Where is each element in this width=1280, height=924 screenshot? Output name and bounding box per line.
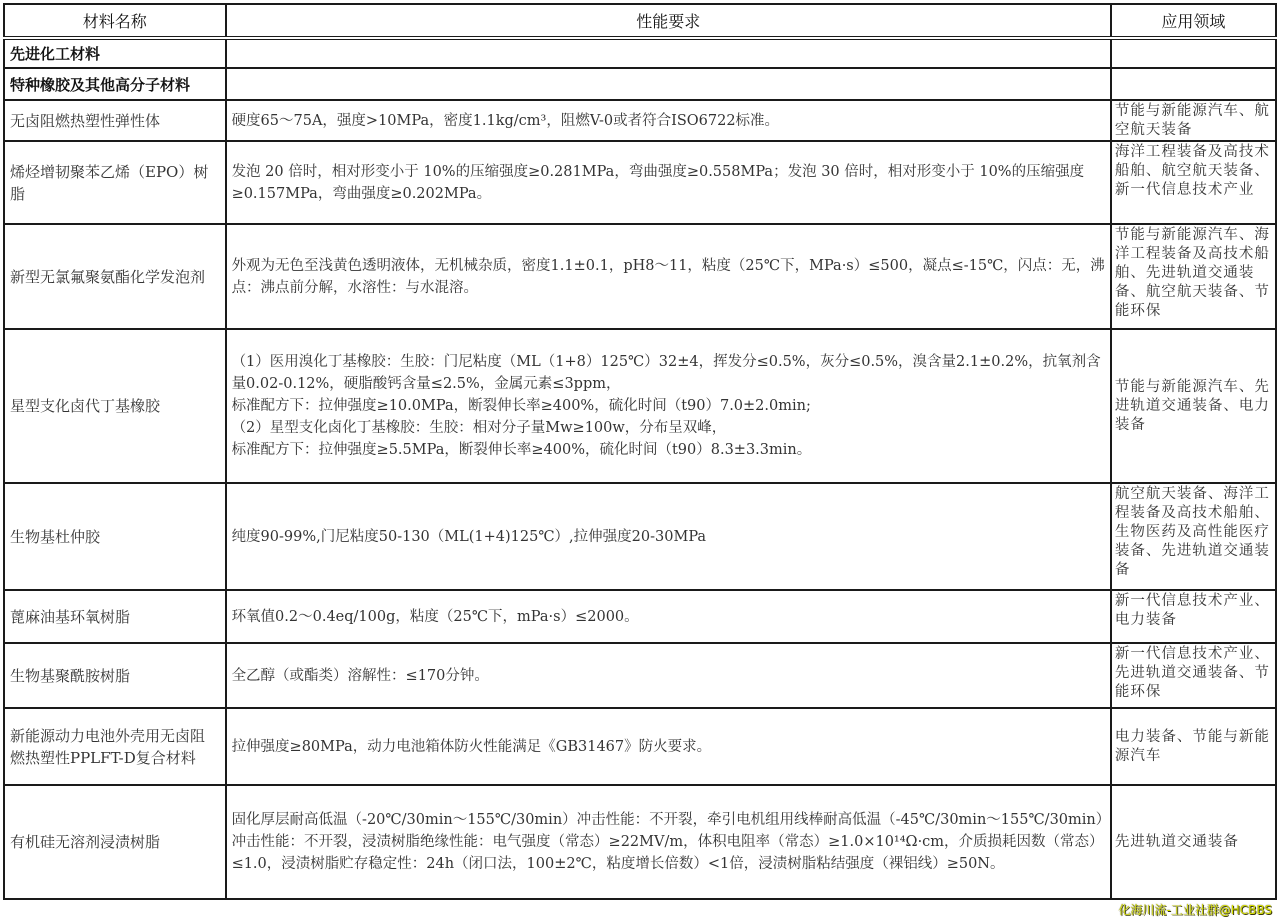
material-name: 生物基杜仲胶 xyxy=(4,483,226,590)
category-row: 先进化工材料 xyxy=(4,38,1276,68)
requirement-text: 外观为无色至浅黄色透明液体，无机械杂质，密度1.1±0.1，pH8～11，粘度（… xyxy=(232,255,1105,299)
application-cell: 节能与新能源汽车、海洋工程装备及高技术船舶、先进轨道交通装备、航空航天装备、节能… xyxy=(1111,224,1276,329)
header-requirements: 性能要求 xyxy=(226,4,1111,38)
requirements-cell: 纯度90-99%,门尼粘度50-130（ML(1+4)125℃）,拉伸强度20-… xyxy=(226,483,1111,590)
requirement-text: 固化厚层耐高低温（-20℃/30min～155℃/30min）冲击性能：不开裂，… xyxy=(232,809,1105,875)
subcategory-row: 特种橡胶及其他高分子材料 xyxy=(4,68,1276,100)
table-row: 蓖麻油基环氧树脂 环氧值0.2～0.4eq/100g，粘度（25℃下，mPa·s… xyxy=(4,590,1276,643)
table-row: 星型支化卤代丁基橡胶 （1）医用溴化丁基橡胶：生胶：门尼粘度（ML（1+8）12… xyxy=(4,329,1276,483)
material-name: 烯烃增韧聚苯乙烯（EPO）树脂 xyxy=(4,141,226,224)
subcategory-label: 特种橡胶及其他高分子材料 xyxy=(4,68,226,100)
table-row: 烯烃增韧聚苯乙烯（EPO）树脂 发泡 20 倍时，相对形变小于 10%的压缩强度… xyxy=(4,141,1276,224)
material-name: 星型支化卤代丁基橡胶 xyxy=(4,329,226,483)
requirements-cell: 硬度65～75A，强度>10MPa，密度1.1kg/cm³，阻燃V-0或者符合I… xyxy=(226,100,1111,141)
application-cell: 新一代信息技术产业、先进轨道交通装备、节能环保 xyxy=(1111,643,1276,708)
requirement-text: 全乙醇（或酯类）溶解性：≤170分钟。 xyxy=(232,665,1105,687)
material-name: 无卤阻燃热塑性弹性体 xyxy=(4,100,226,141)
requirements-cell: 固化厚层耐高低温（-20℃/30min～155℃/30min）冲击性能：不开裂，… xyxy=(226,785,1111,899)
requirements-cell: 发泡 20 倍时，相对形变小于 10%的压缩强度≥0.281MPa，弯曲强度≥0… xyxy=(226,141,1111,224)
header-application: 应用领域 xyxy=(1111,4,1276,38)
requirements-cell: （1）医用溴化丁基橡胶：生胶：门尼粘度（ML（1+8）125℃）32±4，挥发分… xyxy=(226,329,1111,483)
requirement-text: 硬度65～75A，强度>10MPa，密度1.1kg/cm³，阻燃V-0或者符合I… xyxy=(232,110,1105,132)
requirement-text: 环氧值0.2～0.4eq/100g，粘度（25℃下，mPa·s）≤2000。 xyxy=(232,606,1105,628)
watermark: 化海川流-工业社群@HCBBS xyxy=(1118,901,1272,918)
material-name: 有机硅无溶剂浸渍树脂 xyxy=(4,785,226,899)
table-row: 新型无氯氟聚氨酯化学发泡剂 外观为无色至浅黄色透明液体，无机械杂质，密度1.1±… xyxy=(4,224,1276,329)
application-cell: 节能与新能源汽车、先进轨道交通装备、电力装备 xyxy=(1111,329,1276,483)
requirement-text: 拉伸强度≥80MPa，动力电池箱体防火性能满足《GB31467》防火要求。 xyxy=(232,736,1105,758)
category-label: 先进化工材料 xyxy=(4,38,226,68)
requirements-cell: 拉伸强度≥80MPa，动力电池箱体防火性能满足《GB31467》防火要求。 xyxy=(226,708,1111,785)
requirements-cell: 外观为无色至浅黄色透明液体，无机械杂质，密度1.1±0.1，pH8～11，粘度（… xyxy=(226,224,1111,329)
material-name: 蓖麻油基环氧树脂 xyxy=(4,590,226,643)
material-name: 生物基聚酰胺树脂 xyxy=(4,643,226,708)
application-cell: 新一代信息技术产业、电力装备 xyxy=(1111,590,1276,643)
material-name: 新能源动力电池外壳用无卤阻燃热塑性PPLFT-D复合材料 xyxy=(4,708,226,785)
material-name: 新型无氯氟聚氨酯化学发泡剂 xyxy=(4,224,226,329)
application-cell: 节能与新能源汽车、航空航天装备 xyxy=(1111,100,1276,141)
requirement-text: 标准配方下：拉伸强度≥10.0MPa，断裂伸长率≥400%，硫化时间（t90）7… xyxy=(232,395,1105,417)
requirement-text: （1）医用溴化丁基橡胶：生胶：门尼粘度（ML（1+8）125℃）32±4，挥发分… xyxy=(232,351,1105,395)
materials-table: 材料名称 性能要求 应用领域 先进化工材料 特种橡胶及其他高分子材料 无卤阻燃热… xyxy=(3,3,1277,900)
requirement-text: （2）星型支化卤化丁基橡胶：生胶：相对分子量Mw≥100w，分布呈双峰， xyxy=(232,417,1105,439)
requirement-text: 纯度90-99%,门尼粘度50-130（ML(1+4)125℃）,拉伸强度20-… xyxy=(232,526,1105,548)
table-row: 生物基杜仲胶 纯度90-99%,门尼粘度50-130（ML(1+4)125℃）,… xyxy=(4,483,1276,590)
table-row: 有机硅无溶剂浸渍树脂 固化厚层耐高低温（-20℃/30min～155℃/30mi… xyxy=(4,785,1276,899)
requirements-cell: 全乙醇（或酯类）溶解性：≤170分钟。 xyxy=(226,643,1111,708)
table-row: 无卤阻燃热塑性弹性体 硬度65～75A，强度>10MPa，密度1.1kg/cm³… xyxy=(4,100,1276,141)
application-cell: 先进轨道交通装备 xyxy=(1111,785,1276,899)
application-cell: 航空航天装备、海洋工程装备及高技术船舶、生物医药及高性能医疗装备、先进轨道交通装… xyxy=(1111,483,1276,590)
application-cell: 电力装备、节能与新能源汽车 xyxy=(1111,708,1276,785)
header-material-name: 材料名称 xyxy=(4,4,226,38)
requirements-cell: 环氧值0.2～0.4eq/100g，粘度（25℃下，mPa·s）≤2000。 xyxy=(226,590,1111,643)
table-row: 新能源动力电池外壳用无卤阻燃热塑性PPLFT-D复合材料 拉伸强度≥80MPa，… xyxy=(4,708,1276,785)
table-row: 生物基聚酰胺树脂 全乙醇（或酯类）溶解性：≤170分钟。 新一代信息技术产业、先… xyxy=(4,643,1276,708)
application-cell: 海洋工程装备及高技术船舶、航空航天装备、新一代信息技术产业 xyxy=(1111,141,1276,224)
table-header-row: 材料名称 性能要求 应用领域 xyxy=(4,4,1276,38)
requirement-text: 标准配方下：拉伸强度≥5.5MPa，断裂伸长率≥400%，硫化时间（t90）8.… xyxy=(232,439,1105,461)
requirement-text: 发泡 20 倍时，相对形变小于 10%的压缩强度≥0.281MPa，弯曲强度≥0… xyxy=(232,161,1105,205)
